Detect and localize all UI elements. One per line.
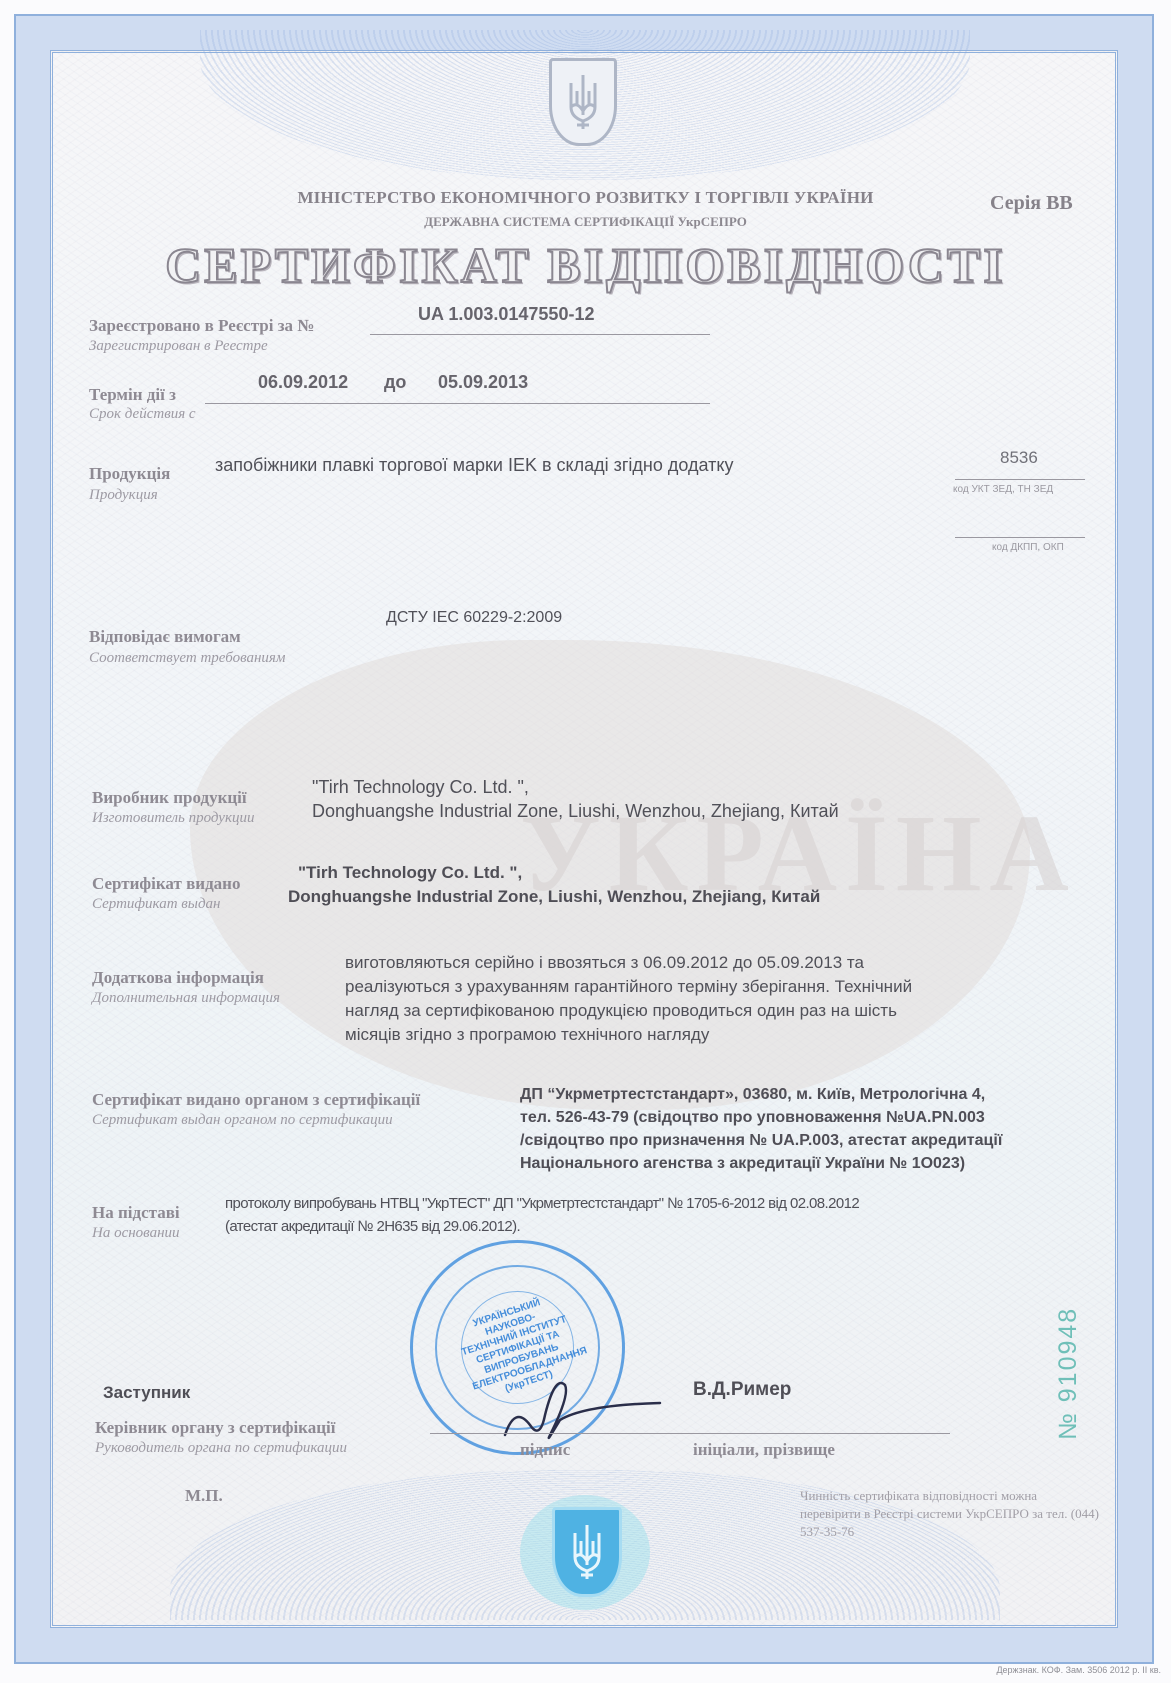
manufacturer-address: Donghuangshe Industrial Zone, Liushi, We… [312, 801, 839, 822]
additional-info-line: місяців згідно з програмою технічного на… [345, 1023, 1095, 1047]
dkpp-code-caption: код ДКПП, ОКП [992, 542, 1064, 553]
compliance-label-ru: Соответствует требованиям [89, 650, 285, 667]
issued-to-address: Donghuangshe Industrial Zone, Liushi, We… [288, 887, 820, 907]
certification-body-label-ru: Сертификат выдан органом по сертификации [92, 1112, 393, 1129]
product-label-ru: Продукция [89, 487, 158, 504]
basis-label-ru: На основании [92, 1225, 180, 1242]
signatory-label: Керівник органу з сертифікації [95, 1418, 335, 1438]
certification-system-heading: ДЕРЖАВНА СИСТЕМА СЕРТИФІКАЦІЇ УкрСЕПРО [0, 214, 1171, 230]
dkpp-underline [955, 537, 1085, 538]
hologram-trident-icon [552, 1507, 622, 1597]
printer-imprint: Держзнак. КОФ. Зам. 3506 2012 р. ІІ кв. [996, 1665, 1161, 1675]
product-label: Продукція [89, 464, 170, 484]
product-description: запобіжники плавкі торгової марки IEK в … [215, 455, 733, 476]
manufacturer-label: Виробник продукції [92, 788, 247, 808]
certification-body-line: Національного агенства з акредитації Укр… [520, 1152, 1100, 1175]
manufacturer-name: "Tirh Technology Co. Ltd. ", [312, 777, 529, 798]
validity-from-date: 06.09.2012 [258, 372, 348, 393]
validity-to-date: 05.09.2013 [438, 372, 528, 393]
registry-label: Зареєстровано в Реєстрі за № [89, 316, 314, 336]
issued-to-label-ru: Сертификат выдан [92, 896, 220, 913]
certification-body-text: ДП “Укрметртестстандарт», 03680, м. Київ… [520, 1083, 1100, 1175]
signatory-name: В.Д.Ример [693, 1379, 791, 1401]
certification-body-line: тел. 526-43-79 (свідоцтво про уповноваже… [520, 1106, 1100, 1129]
certification-body-label: Сертифікат видано органом з сертифікації [92, 1090, 420, 1110]
certification-body-line: /свідоцтво про призначення № UA.P.003, а… [520, 1129, 1100, 1152]
signature-line [430, 1433, 950, 1434]
validity-to-word: до [384, 372, 406, 393]
verification-note: Чинність сертифіката відповідності можна… [800, 1487, 1100, 1541]
manufacturer-label-ru: Изготовитель продукции [92, 810, 254, 827]
basis-label: На підставі [92, 1203, 180, 1223]
validity-label: Термін дії з [89, 385, 176, 405]
compliance-standard: ДСТУ IEC 60229-2:2009 [386, 609, 562, 627]
additional-info-line: реалізуються з урахуванням гарантійного … [345, 975, 1095, 999]
issued-to-label: Сертифікат видано [92, 874, 240, 894]
seal-place-label: М.П. [185, 1486, 223, 1506]
serial-number: № 910948 [1054, 1307, 1083, 1440]
name-caption: ініціали, прізвище [693, 1440, 835, 1460]
uktzed-underline [955, 479, 1085, 480]
additional-info-label: Додаткова інформація [92, 968, 264, 988]
signatory-position: Заступник [103, 1383, 190, 1403]
signatory-label-ru: Руководитель органа по сертификации [95, 1440, 347, 1457]
compliance-label: Відповідає вимогам [89, 627, 241, 647]
validity-underline [205, 403, 710, 404]
validity-label-ru: Срок действия с [89, 406, 196, 423]
registry-label-ru: Зарегистрирован в Реестре [89, 338, 268, 355]
basis-accreditation: (атестат акредитації № 2Н635 від 29.06.2… [225, 1218, 520, 1235]
registry-underline [370, 334, 710, 335]
certification-body-line: ДП “Укрметртестстандарт», 03680, м. Київ… [520, 1083, 1100, 1106]
additional-info-line: виготовляються серійно і ввозяться з 06.… [345, 951, 1095, 975]
additional-info-label-ru: Дополнительная информация [92, 990, 280, 1007]
product-code-uktzed: 8536 [1000, 448, 1038, 468]
certificate-title: СЕРТИФІКАТ ВІДПОВІДНОСТІ [0, 236, 1171, 294]
signature-caption: підпис [520, 1440, 570, 1460]
issued-to-name: "Tirh Technology Co. Ltd. ", [298, 863, 522, 883]
uktzed-code-caption: код УКТ ЗЕД, ТН ЗЕД [953, 484, 1053, 495]
basis-protocol: протоколу випробувань НТВЦ "УкрТЕСТ" ДП … [225, 1195, 859, 1212]
series-label: Серія ВВ [990, 192, 1073, 215]
trident-coat-of-arms-icon [549, 58, 617, 146]
registry-number: UA 1.003.0147550-12 [418, 304, 594, 325]
additional-info-text: виготовляються серійно і ввозяться з 06.… [345, 951, 1095, 1047]
additional-info-line: нагляд за сертифікованою продукцією пров… [345, 999, 1095, 1023]
